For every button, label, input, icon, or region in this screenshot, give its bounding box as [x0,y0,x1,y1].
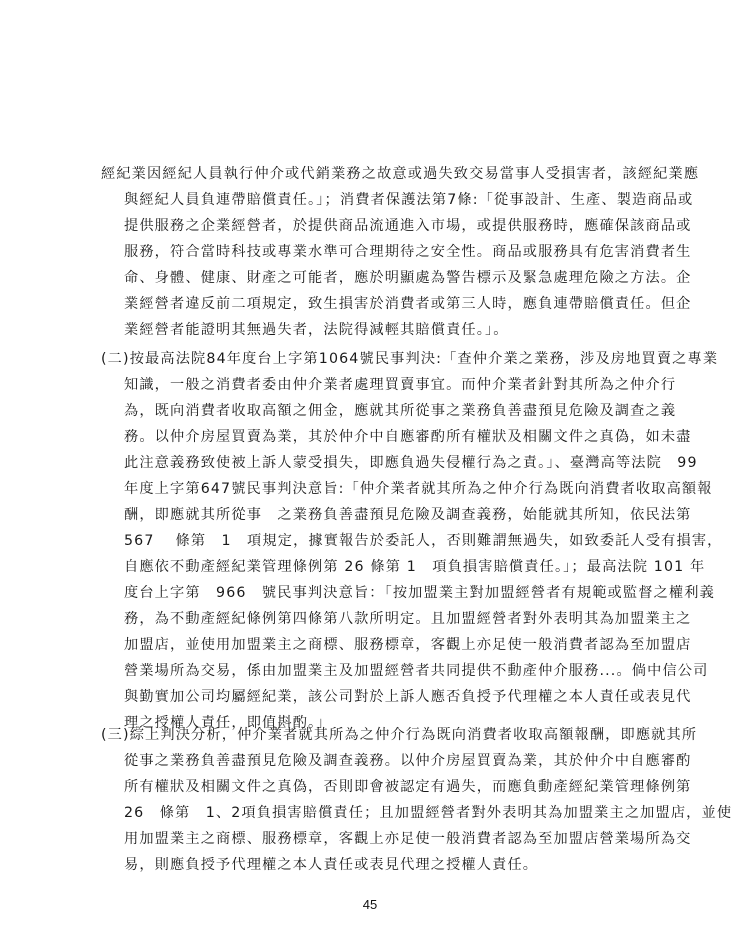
paragraph-1-line-5: 命、身體、健康、財產之可能者，應於明顯處為警告標示及緊急處理危險之方法。企 [124,269,692,287]
page-number: 45 [0,897,740,912]
paragraph-2-line-12: 加盟店，並使用加盟業主之商標、服務標章，客觀上亦足使一般消費者認為至加盟店 [124,636,692,654]
paragraph-1-line-3: 提供服務之企業經營者，於提供商品流通進入市場，或提供服務時，應確保該商品或 [124,217,692,235]
paragraph-2-line-2: 知識，一般之消費者委由仲介業者處理買賣事宜。而仲介業者針對其所為之仲介行 [124,376,676,394]
paragraph-3-line-4: 26 條第 1、2項負損害賠償責任；且加盟經營者對外表明其為加盟業主之加盟店，並… [124,804,732,822]
paragraph-2-line-7: 酬，即應就其所從事 之業務負善盡預見危險及調查義務，始能就其所知，依民法第 [124,506,692,524]
paragraph-3-line-2: 從事之業務負善盡預見危險及調查義務。以仲介房屋買賣為業，其於仲介中自應審酌 [124,752,692,770]
paragraph-2-line-5: 此注意義務致使被上訴人蒙受損失，即應負過失侵權行為之責。」、臺灣高等法院 99 [124,454,698,472]
paragraph-3-line-6: 易，則應負授予代理權之本人責任或表見代理之授權人責任。 [124,856,538,874]
document-page: 經紀業因經紀人員執行仲介或代銷業務之故意或過失致交易當事人受損害者，該經紀業應 … [0,0,740,950]
paragraph-1-line-4: 服務，符合當時科技或專業水準可合理期待之安全性。商品或服務具有危害消費者生 [124,243,692,261]
paragraph-2-line-14: 與勤實加公司均屬經紀業，該公司對於上訴人應否負授予代理權之本人責任或表見代 [124,688,692,706]
paragraph-2-line-13: 營業場所為交易，係由加盟業主及加盟經營者共同提供不動產仲介服務...。倘中信公司 [124,662,708,680]
paragraph-2-line-10: 度台上字第 966 號民事判決意旨：「按加盟業主對加盟經營者有規範或監督之權利義 [124,584,715,602]
paragraph-1-line-1: 經紀業因經紀人員執行仲介或代銷業務之故意或過失致交易當事人受損害者，該經紀業應 [101,165,699,183]
paragraph-2-line-6: 年度上字第647號民事判決意旨:「仲介業者就其所為之仲介行為既向消費者收取高額報 [124,480,713,498]
paragraph-2-line-4: 務。以仲介房屋買賣為業，其於仲介中自應審酌所有權狀及相關文件之真偽，如未盡 [124,428,692,446]
paragraph-2-line-8: 567 條第 1 項規定，據實報告於委託人，否則難謂無過失，如致委託人受有損害， [124,532,723,550]
paragraph-3-line-1: (三)綜上判決分析，仲介業者就其所為之仲介行為既向消費者收取高額報酬，即應就其所 [101,726,697,744]
paragraph-2-line-9: 自應依不動產經紀業管理條例第 26 條第 1 項負損害賠償責任。」；最高法院 1… [124,558,705,576]
paragraph-2-line-1: (二)按最高法院84年度台上字第1064號民事判決:「查仲介業之業務，涉及房地買… [101,350,718,368]
paragraph-2-line-3: 為，既向消費者收取高額之佣金，應就其所從事之業務負善盡預見危險及調查之義 [124,402,676,420]
paragraph-2-line-11: 務，為不動產經紀條例第四條第八款所明定。且加盟經營者對外表明其為加盟業主之 [124,610,692,628]
paragraph-3-line-3: 所有權狀及相關文件之真偽，否則即會被認定有過失，而應負動產經紀業管理條例第 [124,778,692,796]
paragraph-1-line-7: 業經營者能證明其無過失者，法院得減輕其賠償責任。」。 [124,321,509,339]
paragraph-3-line-5: 用加盟業主之商標、服務標章，客觀上亦足使一般消費者認為至加盟店營業場所為交 [124,830,692,848]
paragraph-1-line-6: 業經營者違反前二項規定，致生損害於消費者或第三人時，應負連帶賠償責任。但企 [124,295,692,313]
paragraph-1-line-2: 與經紀人員負連帶賠償責任。」；消費者保護法第7條:「從事設計、生產、製造商品或 [124,191,693,209]
